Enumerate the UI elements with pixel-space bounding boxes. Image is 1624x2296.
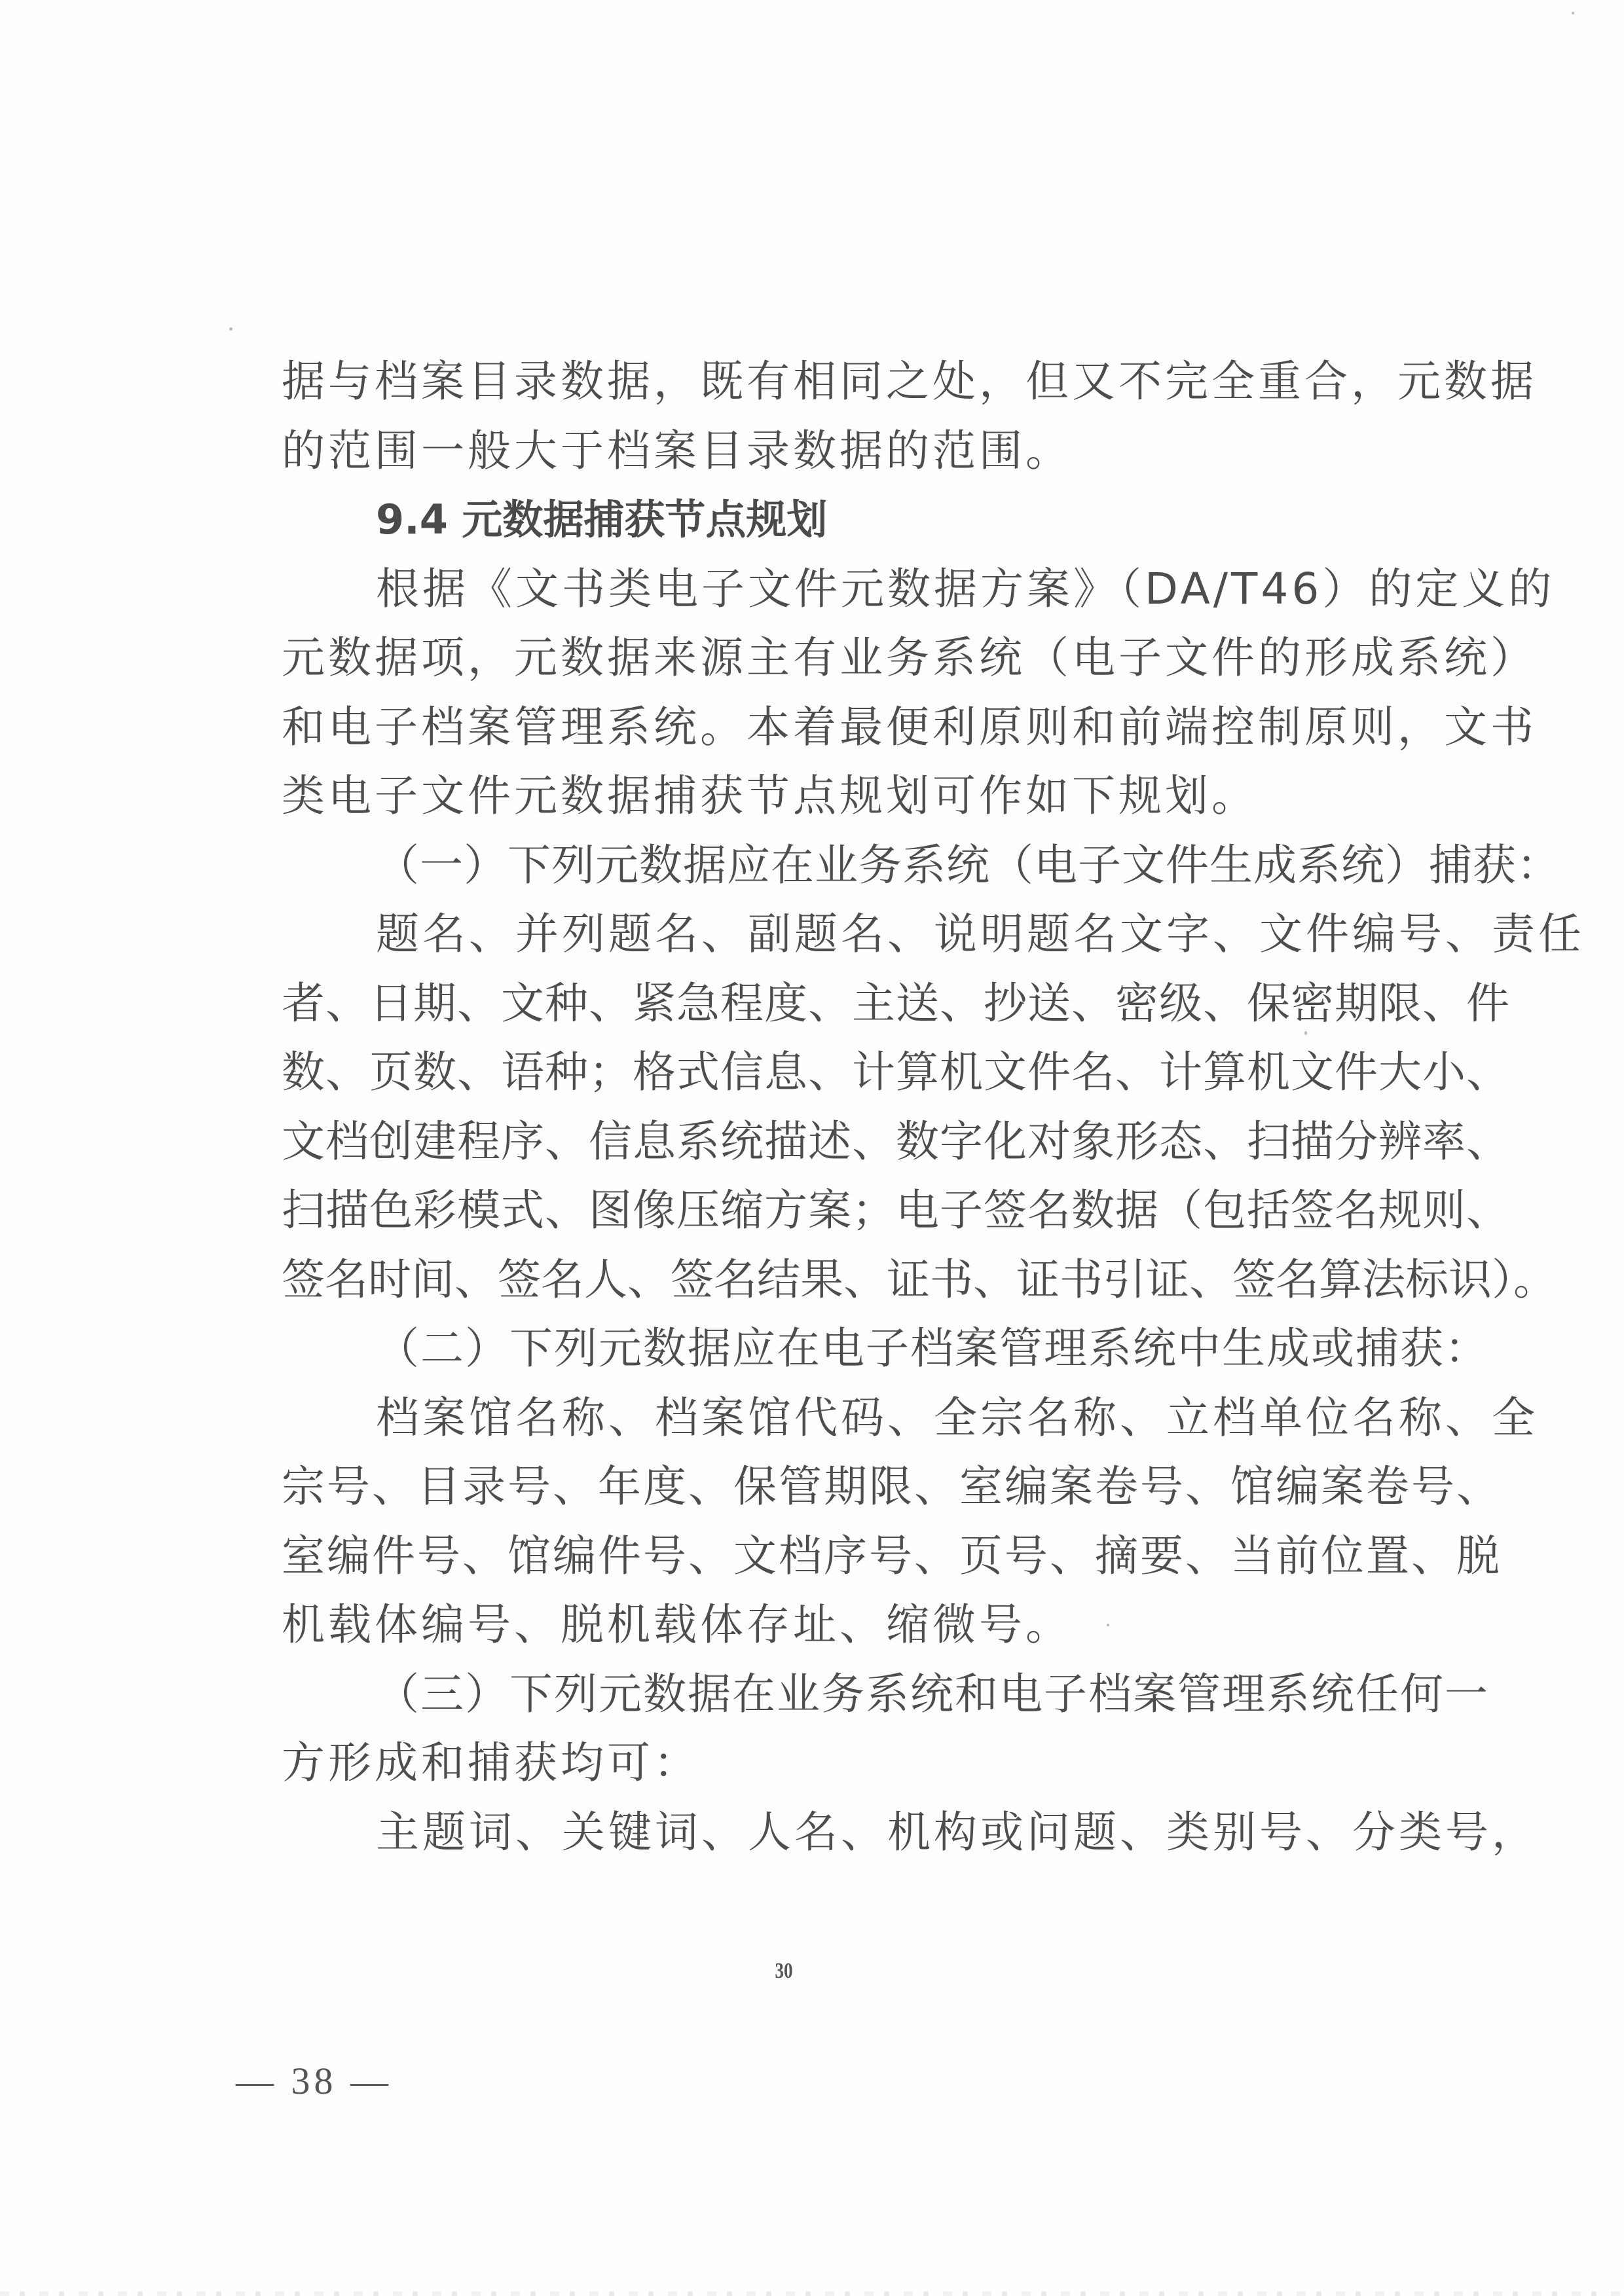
inner-page-number: 30 — [775, 1959, 792, 1984]
item-one-line: 扫描色彩模式、图像压缩方案；电子签名数据（包括签名规则、 — [282, 1176, 1316, 1245]
scan-speck — [229, 327, 232, 331]
item-two-line: 档案馆名称、档案馆代码、全宗名称、立档单位名称、全 — [282, 1383, 1316, 1453]
item-two-line: 宗号、目录号、年度、保管期限、室编案卷号、馆编案卷号、 — [282, 1452, 1316, 1522]
intro-paragraph-line: 和电子档案管理系统。本着最便利原则和前端控制原则，文书 — [282, 693, 1316, 762]
item-one-line: 题名、并列题名、副题名、说明题名文字、文件编号、责任 — [282, 900, 1316, 969]
item-three-line: 主题词、关键词、人名、机构或问题、类别号、分类号， — [282, 1798, 1316, 1867]
document-page: 据与档案目录数据，既有相同之处，但又不完全重合，元数据 的范围一般大于档案目录数… — [0, 0, 1624, 2296]
scan-edge-artifact — [0, 2291, 1624, 2296]
paragraph-continuation-line: 据与档案目录数据，既有相同之处，但又不完全重合，元数据 — [282, 347, 1316, 416]
section-heading: 9.4 元数据捕获节点规划 — [282, 485, 1316, 555]
item-one-title: （一）下列元数据应在业务系统（电子文件生成系统）捕获： — [282, 831, 1316, 900]
outer-page-number: — 38 — — [236, 2059, 392, 2103]
intro-paragraph-line: 类电子文件元数据捕获节点规划可作如下规划。 — [282, 761, 1316, 831]
intro-paragraph-line: 元数据项，元数据来源主有业务系统（电子文件的形成系统） — [282, 623, 1316, 693]
intro-paragraph-line: 根据《文书类电子文件元数据方案》（DA/T46）的定义的 — [282, 555, 1316, 624]
item-one-line: 者、日期、文种、紧急程度、主送、抄送、密级、保密期限、件 — [282, 969, 1316, 1038]
item-three-title: 方形成和捕获均可： — [282, 1728, 1316, 1798]
body-text: 据与档案目录数据，既有相同之处，但又不完全重合，元数据 的范围一般大于档案目录数… — [282, 347, 1316, 1867]
item-three-title: （三）下列元数据在业务系统和电子档案管理系统任何一 — [282, 1660, 1316, 1729]
item-one-line: 数、页数、语种；格式信息、计算机文件名、计算机文件大小、 — [282, 1038, 1316, 1107]
paragraph-continuation-line: 的范围一般大于档案目录数据的范围。 — [282, 416, 1316, 486]
item-one-line: 签名时间、签名人、签名结果、证书、证书引证、签名算法标识）。 — [282, 1245, 1316, 1315]
item-two-line: 室编件号、馆编件号、文档序号、页号、摘要、当前位置、脱 — [282, 1522, 1316, 1591]
item-one-line: 文档创建程序、信息系统描述、数字化对象形态、扫描分辨率、 — [282, 1107, 1316, 1176]
item-two-title: （二）下列元数据应在电子档案管理系统中生成或捕获： — [282, 1314, 1316, 1383]
scan-speck — [1304, 1031, 1307, 1035]
item-two-line: 机载体编号、脱机载体存址、缩微号。 — [282, 1590, 1316, 1660]
scan-speck — [1572, 12, 1574, 14]
scan-speck — [1107, 1624, 1109, 1626]
